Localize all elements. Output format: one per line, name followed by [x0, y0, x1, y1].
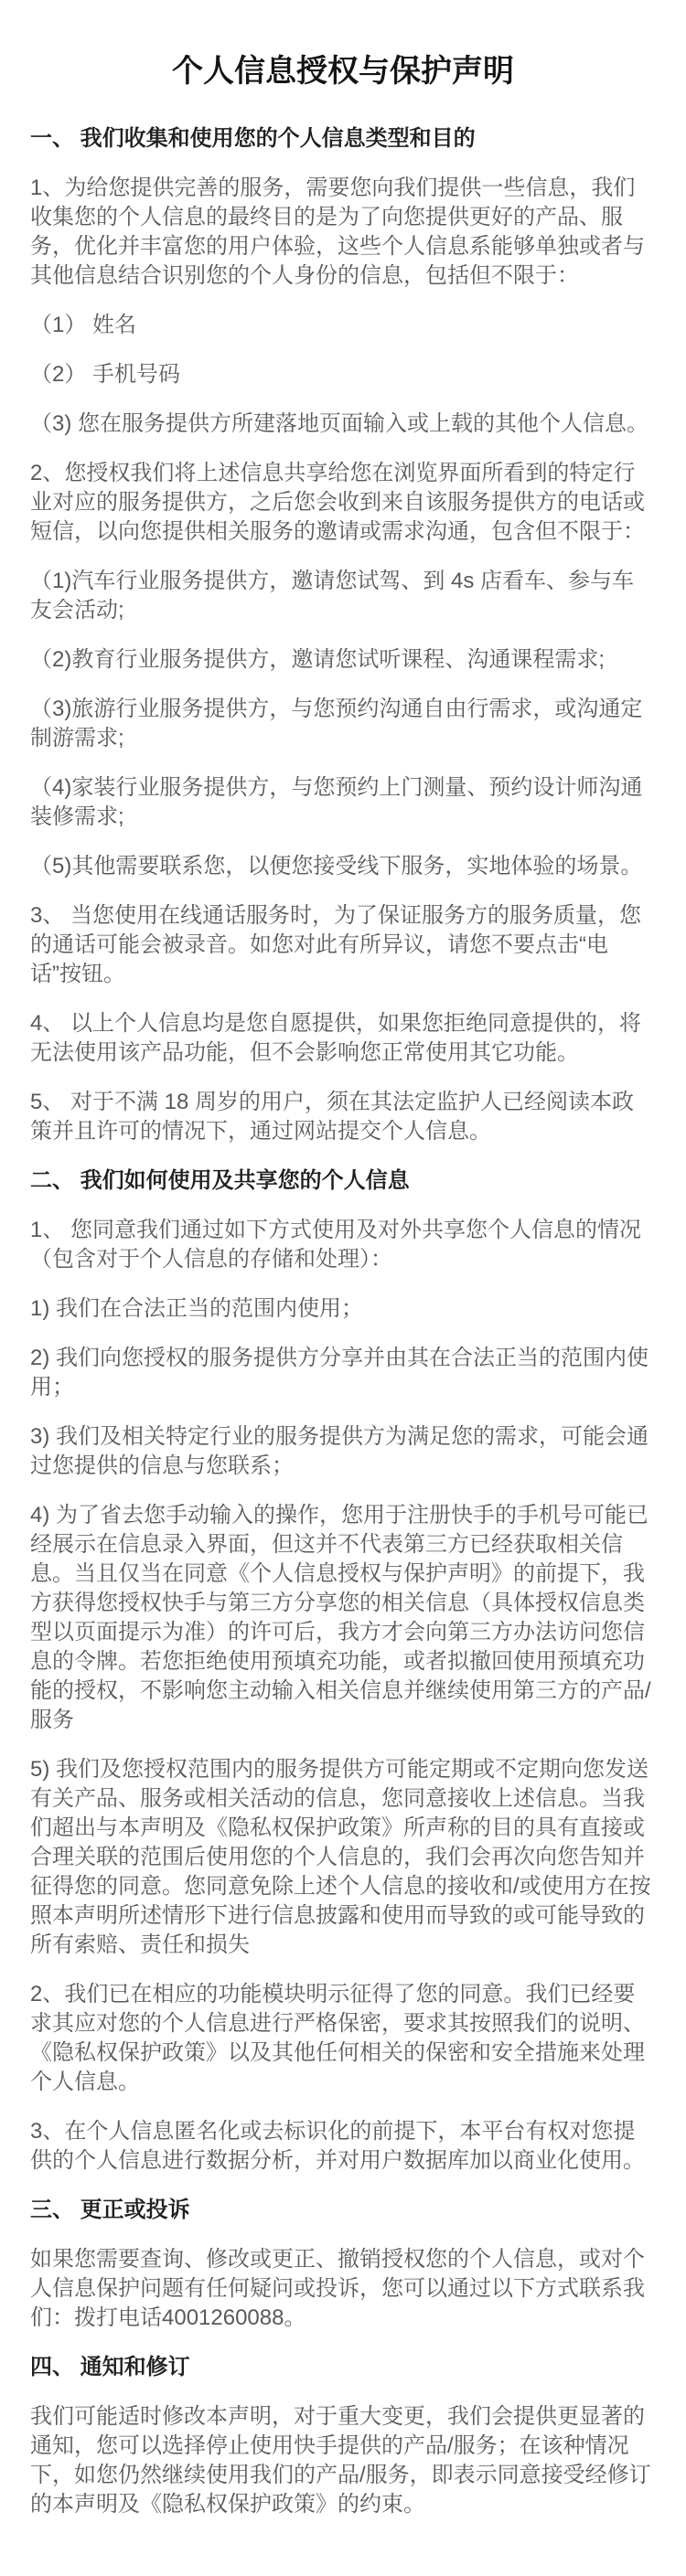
list-item-education-industry: （2)教育行业服务提供方，邀请您试听课程、沟通课程需求;	[30, 645, 656, 675]
paragraph: 1、为给您提供完善的服务，需要您向我们提供一些信息，我们收集您的个人信息的最终目…	[30, 174, 656, 291]
list-item-share-with-providers: 2) 我们向您授权的服务提供方分享并由其在合法正当的范围内使用；	[30, 1344, 656, 1402]
list-item-travel-industry: （3)旅游行业服务提供方，与您预约沟通自由行需求，或沟通定制游需求;	[30, 695, 656, 753]
paragraph: 2、您授权我们将上述信息共享给您在浏览界面所看到的特定行业对应的服务提供方，之后…	[30, 459, 656, 547]
document-title: 个人信息授权与保护声明	[30, 51, 656, 91]
list-item-marketing-messages: 5) 我们及您授权范围内的服务提供方可能定期或不定期向您发送有关产品、服务或相关…	[30, 1755, 656, 1960]
section-2-heading: 二、 我们如何使用及共享您的个人信息	[30, 1166, 656, 1196]
section-4-heading: 四、 通知和修订	[30, 2353, 656, 2382]
section-correction-or-complaint: 三、 更正或投诉 如果您需要查询、修改或更正、撤销授权您的个人信息，或对个人信息…	[30, 2196, 656, 2333]
paragraph: 4、 以上个人信息均是您自愿提供，如果您拒绝同意提供的，将无法使用该产品功能，但…	[30, 1009, 656, 1068]
section-collect-and-use: 一、 我们收集和使用您的个人信息类型和目的 1、为给您提供完善的服务，需要您向我…	[30, 124, 656, 1146]
paragraph: 2、我们已在相应的功能模块明示征得了您的同意。我们已经要求其应对您的个人信息进行…	[30, 1980, 656, 2097]
paragraph: 5、 对于不满 18 周岁的用户，须在其法定监护人已经阅读本政策并且许可的情况下…	[30, 1088, 656, 1146]
list-item-auto-industry: （1)汽车行业服务提供方，邀请您试驾、到 4s 店看车、参与车友会活动;	[30, 567, 656, 625]
list-item-prefill: 4) 为了省去您手动输入的操作，您用于注册快手的手机号可能已经展示在信息录入界面…	[30, 1501, 656, 1735]
list-item-other-info: （3) 您在服务提供方所建落地页面输入或上载的其他个人信息。	[30, 410, 656, 439]
section-3-heading: 三、 更正或投诉	[30, 2196, 656, 2225]
list-item-name: （1） 姓名	[30, 311, 656, 340]
paragraph: 3、 当您使用在线通话服务时，为了保证服务方的服务质量，您的通话可能会被录音。如…	[30, 901, 656, 989]
section-use-and-share: 二、 我们如何使用及共享您的个人信息 1、 您同意我们通过如下方式使用及对外共享…	[30, 1166, 656, 2176]
paragraph: 1、 您同意我们通过如下方式使用及对外共享您个人信息的情况（包含对于个人信息的存…	[30, 1216, 656, 1274]
paragraph: 我们可能适时修改本声明，对于重大变更，我们会提供更显著的通知，您可以选择停止使用…	[30, 2402, 656, 2519]
list-item-contact-you: 3) 我们及相关特定行业的服务提供方为满足您的需求，可能会通过您提供的信息与您联…	[30, 1422, 656, 1481]
paragraph: 3、在个人信息匿名化或去标识化的前提下，本平台有权对您提供的个人信息进行数据分析…	[30, 2117, 656, 2176]
section-1-heading: 一、 我们收集和使用您的个人信息类型和目的	[30, 124, 656, 154]
list-item-other-contact: （5)其他需要联系您，以便您接受线下服务，实地体验的场景。	[30, 852, 656, 881]
list-item-home-decor-industry: （4)家装行业服务提供方，与您预约上门测量、预约设计师沟通装修需求;	[30, 773, 656, 832]
list-item-phone-number: （2） 手机号码	[30, 360, 656, 389]
privacy-statement-document: 个人信息授权与保护声明 一、 我们收集和使用您的个人信息类型和目的 1、为给您提…	[0, 0, 686, 2576]
paragraph-contact-phone: 如果您需要查询、修改或更正、撤销授权您的个人信息，或对个人信息保护问题有任何疑问…	[30, 2245, 656, 2333]
section-notice-and-revision: 四、 通知和修订 我们可能适时修改本声明，对于重大变更，我们会提供更显著的通知，…	[30, 2353, 656, 2519]
list-item-lawful-use: 1) 我们在合法正当的范围内使用；	[30, 1294, 656, 1324]
